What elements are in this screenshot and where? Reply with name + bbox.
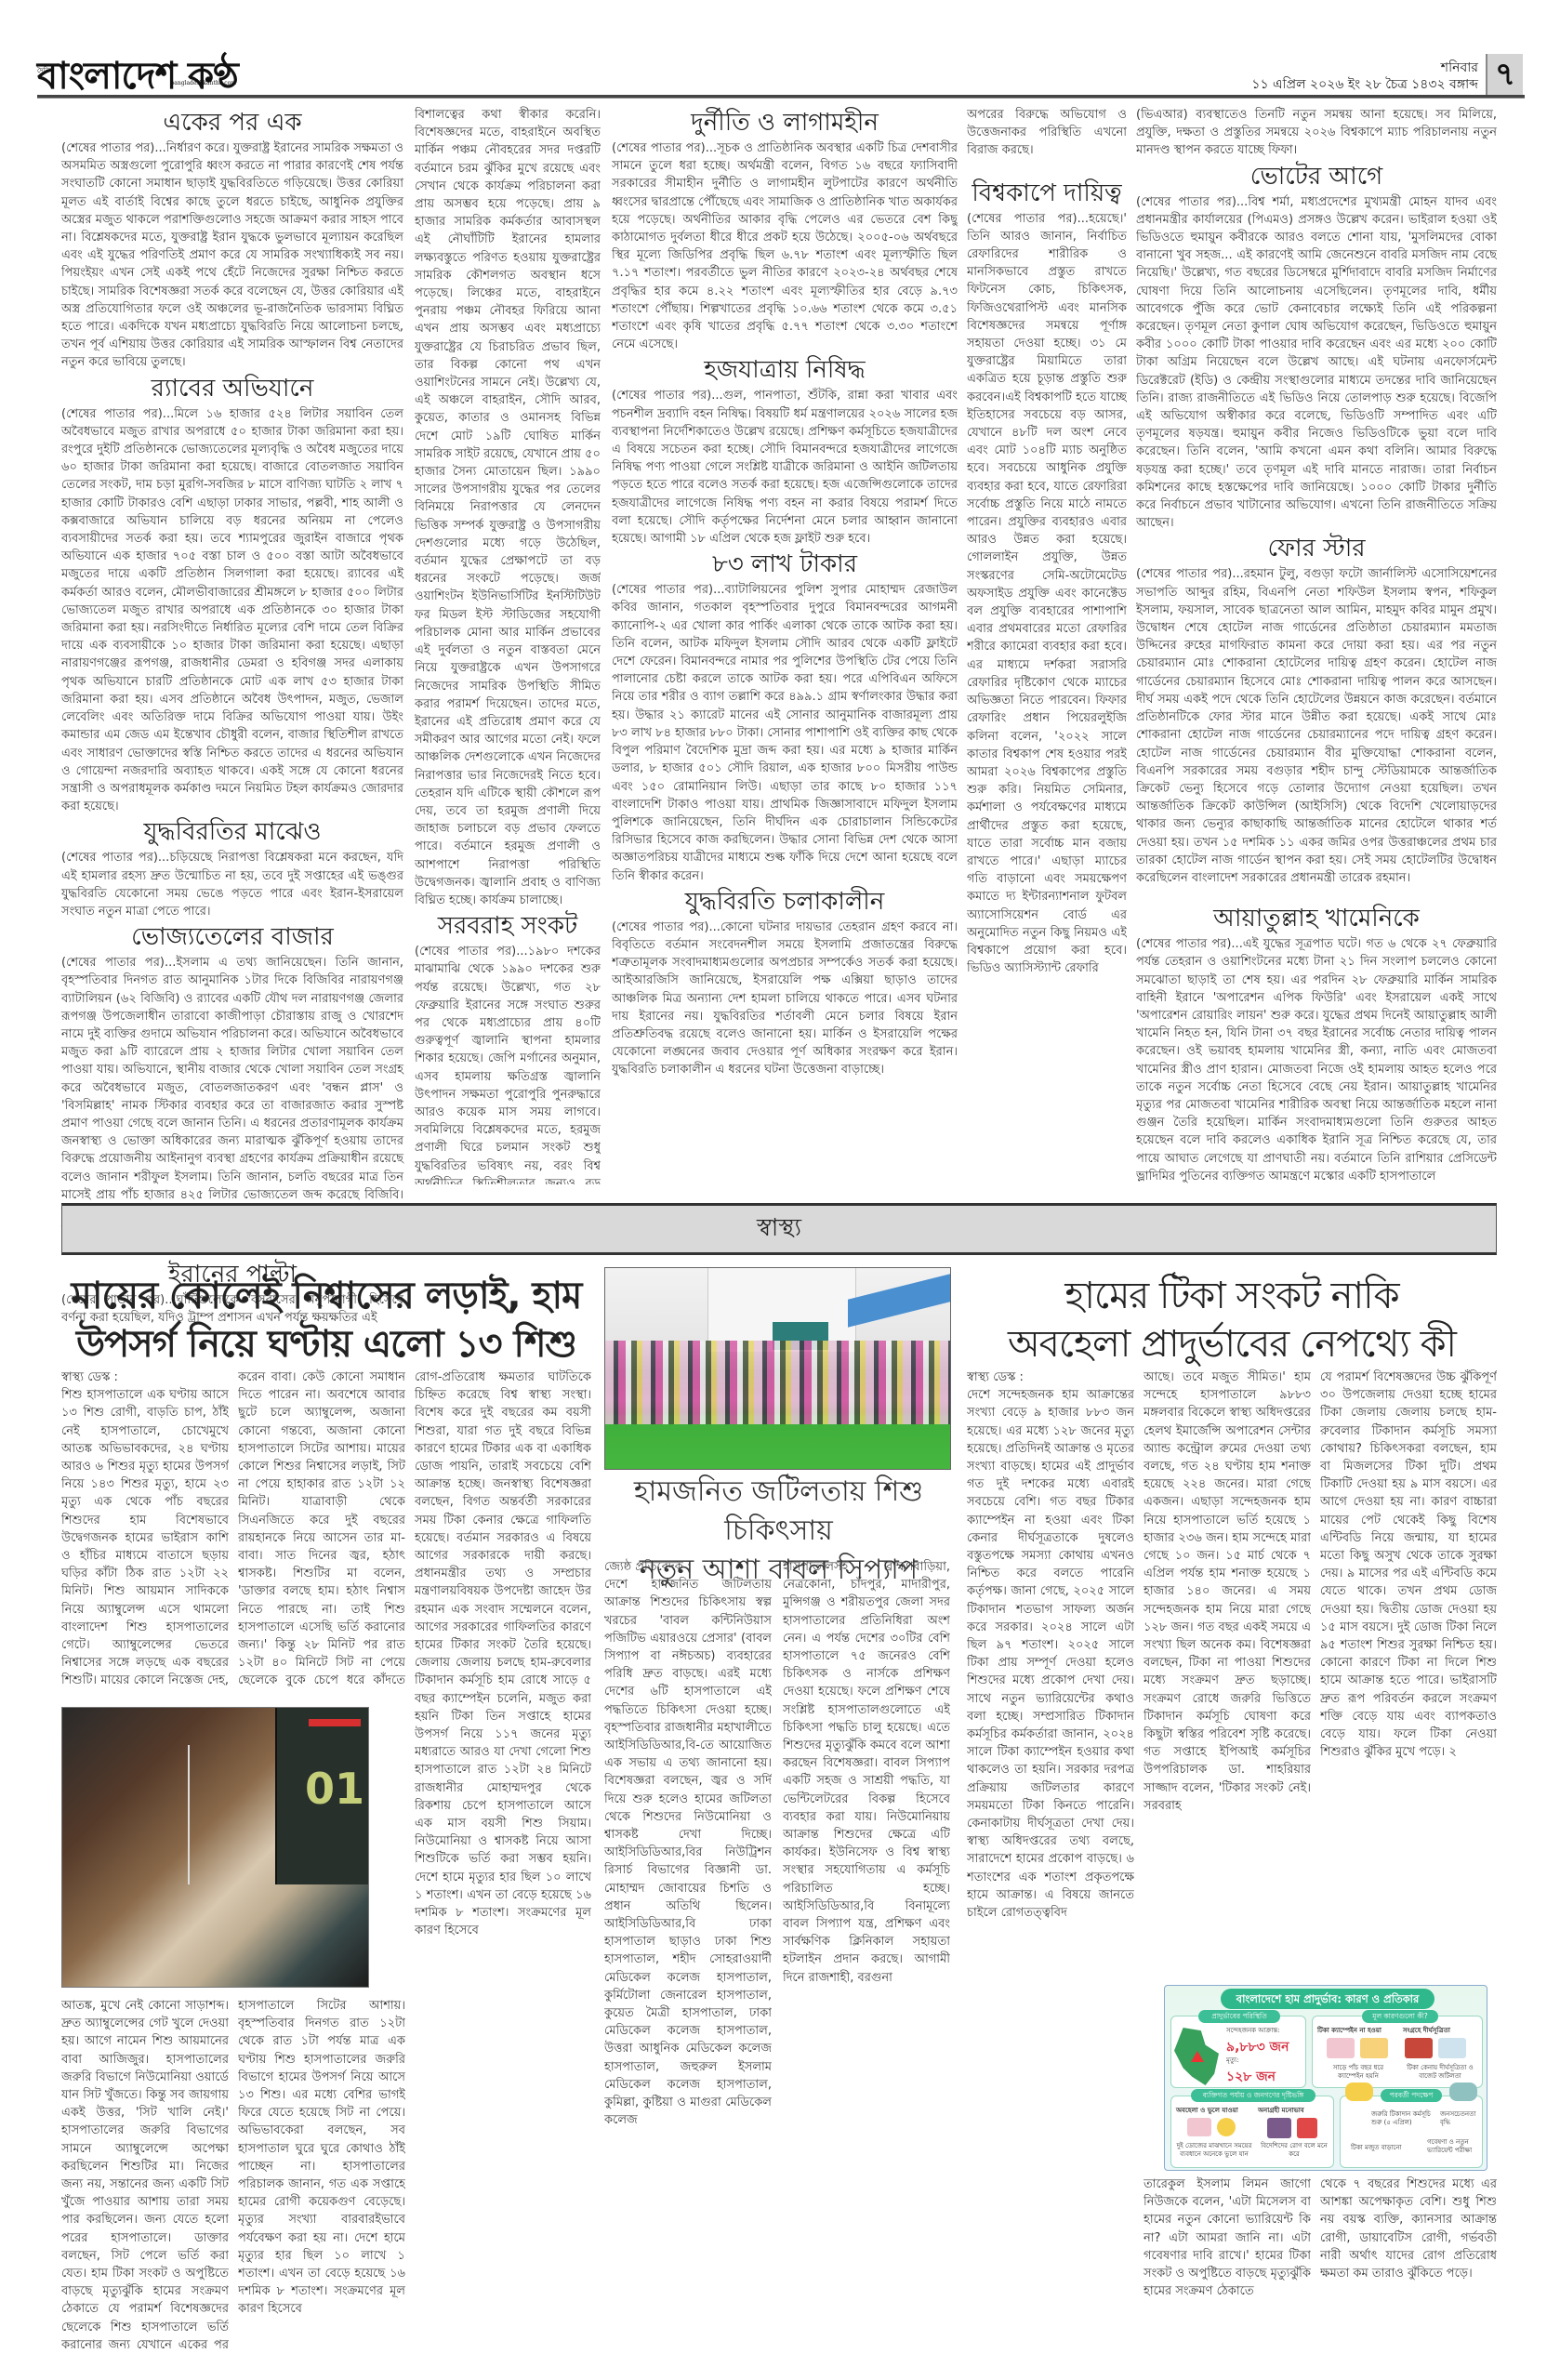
personal-label: ব্যক্তিগত পর্যায় ও জনগণের দৃষ্টিভঙ্গি <box>1191 2089 1315 2102</box>
next-steps-label: পরবর্তী পদক্ষেপ <box>1381 2089 1442 2102</box>
headline-bishwakap[interactable]: বিশ্বকাপে দায়িত্ব <box>967 178 1127 208</box>
story3-col1: স্বাস্থ্য ডেস্ক : দেশে সন্দেহজনক হাম আক্… <box>967 1368 1134 2354</box>
group-photo[interactable] <box>604 1267 951 1470</box>
logo-tag-daily: দৈনিক <box>37 50 54 91</box>
article-rab: (শেষের পাতার পর)...মিলে ১৬ হাজার ৫২৪ লিট… <box>61 405 403 816</box>
story1-text-3: রোগ-প্রতিরোধ ক্ষমতার ঘাটতিকে চিহ্নিত করে… <box>415 1368 591 1940</box>
story1-col4: আতঙ্ক, মুখে নেই কোনো সাড়াশব্দ। দ্রুত অ্… <box>61 1997 229 2350</box>
headline-voter-age[interactable]: ভোটের আগে <box>1136 162 1497 192</box>
story1-text-1: শিশু হাসপাতালে এক ঘণ্টায় আসে ১৩ শিশু রো… <box>61 1386 229 1688</box>
newspaper-logo[interactable]: দৈনিক বাংলাদেশ কণ্ঠ bangladeshkantha.com <box>37 56 238 97</box>
measles-infographic[interactable]: বাংলাদেশে হাম প্রাদুর্ভাব: কারণ ও প্রতিক… <box>1164 1985 1487 2171</box>
story2-col1: জ্যেষ্ঠ প্রতিবেদক : দেশে হামজনিত জটিলতায… <box>604 1558 772 2358</box>
infographic-title: বাংলাদেশে হাম প্রাদুর্ভাব: কারণ ও প্রতিক… <box>1221 1989 1434 2009</box>
story3-byline: স্বাস্থ্য ডেস্ক : <box>967 1368 1134 1386</box>
container-icon <box>1405 2038 1433 2058</box>
story3-col5: থেকে ৭ বছরের শিশুদের মধ্যে এর আশঙ্কা অপে… <box>1320 2175 1497 2352</box>
date-line: ১১ এপ্রিল ২০২৬ ইং ২৮ চৈত্র ১৪৩২ বঙ্গাব্দ <box>1251 76 1478 93</box>
story2-col2: হাসপাতালসহ ব্রাহ্মণবাড়িয়া, নেত্রকোনা, … <box>783 1558 950 2358</box>
awning <box>848 1274 950 1327</box>
article-continued-iran: বিশালত্বের কথা স্বীকার করেনি। বিশেষজ্ঞদে… <box>415 106 601 909</box>
column-3: দুর্নীতি ও লাগামহীন (শেষের পাতার পর)...স… <box>612 106 958 1184</box>
story3-headline-line2: অবহেলা প্রাদুর্ভাবের নেপথ্যে কী <box>967 1320 1497 1368</box>
article-sorbaraho: (শেষের পাতার পর)...১৯৮০ দশকের মাঝামাঝি থ… <box>415 943 601 1184</box>
story1-col2: করেন বাবা। কেউ কোনো সমাধান দিতে পারেন না… <box>238 1368 405 1688</box>
cause-b-title: সংগ্রহে দীর্ঘসূত্রিতা <box>1403 2027 1481 2035</box>
story3-headline-line1: হামের টিকা সংকট নাকি <box>967 1272 1497 1320</box>
headline-bhojyotel[interactable]: ভোজ্যতেলের বাজার <box>61 922 403 952</box>
date-box: শনিবার ১১ এপ্রিল ২০২৬ ইং ২৮ চৈত্র ১৪৩২ ব… <box>1251 54 1523 95</box>
death-label: মৃত্যু: <box>1226 2056 1239 2065</box>
story1-col5: হাসপাতালে সিটের আশায়। বৃহস্পতিবার দিনগত… <box>238 1997 405 2350</box>
headline-rab[interactable]: র‍্যাবের অভিযানে <box>61 374 403 403</box>
situation-label: প্রাদুর্ভাবের পরিস্থিতি <box>1198 2010 1280 2023</box>
article-bishwakap: (শেষের পাতার পর)...হয়েছে।' তিনি আরও জান… <box>967 210 1127 978</box>
article-four-star: (শেষের পাতার পর)...রহমান টুলু, বগুড়া ফট… <box>1136 565 1497 887</box>
doctors-icon <box>1449 2082 1477 2101</box>
iv-line <box>188 1745 190 1884</box>
headline-hajj[interactable]: হজযাত্রায় নিষিদ্ধ <box>612 355 958 385</box>
story2-byline: জ্যেষ্ঠ প্রতিবেদক : <box>604 1558 772 1576</box>
story1-text-4: আতঙ্ক, মুখে নেই কোনো সাড়াশব্দ। দ্রুত অ্… <box>61 1997 229 2350</box>
suspected-label: সন্দেহজনক আক্রান্ত: <box>1226 2027 1280 2035</box>
masthead-divider <box>37 95 1525 99</box>
thinking-face-icon <box>1217 2118 1236 2136</box>
headline-four-star[interactable]: ফোর স্টার <box>1136 534 1497 563</box>
article-var: (ভিএআর) ব্যবস্থাতেও তিনটি নতুন সমন্বয় আ… <box>1136 106 1497 160</box>
story3-col2: আছে। তবে মজুত সীমিত।' হাম সন্দেহে হাসপাত… <box>1144 1368 1311 1982</box>
headline-durniti[interactable]: দুর্নীতি ও লাগামহীন <box>612 108 958 138</box>
ambulance-door: 01 <box>275 1708 368 1884</box>
story3-text-5: থেকে ৭ বছরের শিশুদের মধ্যে এর আশঙ্কা অপে… <box>1320 2175 1497 2282</box>
calendar-hand-icon <box>1187 2118 1211 2136</box>
article-durniti: (শেষের পাতার পর)...সূচক ও প্রাতিষ্ঠানিক … <box>612 139 958 353</box>
story1-text-5: হাসপাতালে সিটের আশায়। বৃহস্পতিবার দিনগত… <box>238 1997 405 2319</box>
death-value: ১২৮ জন <box>1226 2066 1276 2088</box>
article-gold: (শেষের পাতার পর)...ব্যাটালিয়নের পুলিশ স… <box>612 581 958 884</box>
ambulance-photo[interactable]: 01 <box>61 1707 369 1988</box>
personal-b-title: অনাগ্রহী মনোভাব <box>1258 2107 1330 2115</box>
page-number: ৭ <box>1486 54 1523 95</box>
headline-sorbaraho[interactable]: সরবরাহ সংকট <box>415 911 601 941</box>
column-4: অপরের বিরুদ্ধে অভিযোগ ও উত্তেজনাকর পরিস্… <box>967 106 1127 1184</box>
story3-text-3: যে পরামর্শ বিশেষজ্ঞদের উচ্চ ঝুঁকিপূর্ণ ৩… <box>1320 1368 1497 1761</box>
story3-text-1: দেশে সন্দেহজনক হাম আক্রান্তের সংখ্যা বেড… <box>967 1386 1134 1922</box>
section-header-health: স্বাস্থ্য <box>61 1203 1497 1255</box>
next-step-4: গবেষণা ও নতুন ভ্যারিয়েন্ট পরীক্ষা <box>1427 2138 1481 2155</box>
story1-col3: রোগ-প্রতিরোধ ক্ষমতার ঘাটতিকে চিহ্নিত করে… <box>415 1368 591 2354</box>
personal-a-desc: দুই ডোজের মাঝখানে সময়ের ব্যবধানে অনেকে … <box>1174 2142 1254 2159</box>
story1-headline[interactable]: মায়ের কোলেই নিশ্বাসের লড়াই, হাম উপসর্গ… <box>61 1272 591 1368</box>
story3-headline[interactable]: হামের টিকা সংকট নাকি অবহেলা প্রাদুর্ভাবে… <box>967 1272 1497 1368</box>
article-tail: অপরের বিরুদ্ধে অভিযোগ ও উত্তেজনাকর পরিস্… <box>967 106 1127 160</box>
headline-khamenei[interactable]: আয়াতুল্লাহ খামেনিকে <box>1136 904 1497 933</box>
article-voter-age: (শেষের পাতার পর)...বিশ্ব শর্মা, মধ্যপ্রদ… <box>1136 193 1497 533</box>
children-icon <box>1360 2038 1388 2058</box>
story3-text-2: আছে। তবে মজুত সীমিত।' হাম সন্দেহে হাসপাত… <box>1144 1368 1311 1815</box>
story3-col4: তারেকুল ইসলাম লিমন জাগো নিউজকে বলেন, 'এট… <box>1144 2175 1311 2352</box>
story3-text-4: তারেকুল ইসলাম লিমন জাগো নিউজকে বলেন, 'এট… <box>1144 2175 1311 2300</box>
cause-a-desc: সাড়ে পাঁচ বছর ধরে ক্যাম্পেইন হয়নি <box>1321 2064 1395 2081</box>
next-step-2: জনসচেতনতা বৃদ্ধি <box>1440 2110 1481 2127</box>
cause-b-desc: টিকা কেনায় দীর্ঘসূত্রিতা ও বাজেট জটিলতা <box>1403 2064 1477 2081</box>
column-5: (ভিএআর) ব্যবস্থাতেও তিনটি নতুন সমন্বয় আ… <box>1136 106 1497 1184</box>
story1-headline-line1: মায়ের কোলেই নিশ্বাসের লড়াই, হাম <box>61 1272 591 1320</box>
headline-juddhobiroti-cholakalin[interactable]: যুদ্ধবিরতি চলাকালীন <box>612 887 958 917</box>
column-2: বিশালত্বের কথা স্বীকার করেনি। বিশেষজ্ঞদে… <box>415 106 601 1184</box>
headline-ekerporek[interactable]: একের পর এক <box>61 108 403 138</box>
story1-byline: স্বাস্থ্য ডেস্ক : <box>61 1368 229 1386</box>
story1-text-2: করেন বাবা। কেউ কোনো সমাধান দিতে পারেন না… <box>238 1368 405 1688</box>
story1-col1: স্বাস্থ্য ডেস্ক : শিশু হাসপাতালে এক ঘণ্ট… <box>61 1368 229 1688</box>
column-1: একের পর এক (শেষের পাতার পর)...নির্ধারণ ক… <box>61 106 403 1327</box>
story2-headline-line1: হামজনিত জটিলতায় শিশু চিকিৎসায় <box>604 1473 953 1551</box>
story1-headline-line2: উপসর্গ নিয়ে ঘণ্টায় এলো ১৩ শিশু <box>61 1320 591 1368</box>
personal-a-title: অবহেলা ও ভুলে যাওয়া <box>1176 2107 1252 2115</box>
watermark-tag <box>309 1719 361 1726</box>
article-juddhobirotir-majheo: (শেষের পাতার পর)...চড়িয়েছে নিরাপত্তা ব… <box>61 849 403 920</box>
causes-label: মূল কারণগুলো কী? <box>1362 2010 1438 2023</box>
next-steps-box <box>1340 2096 1483 2168</box>
headline-gold[interactable]: ৮৩ লাখ টাকার <box>612 549 958 579</box>
section-title: স্বাস্থ্য <box>757 1209 801 1249</box>
personal-b-desc: বিদেশিদের রোগ বলে মনে করে <box>1258 2142 1330 2159</box>
story2-text-1: দেশে হামজনিত জটিলতায় আক্রান্ত শিশুদের চ… <box>604 1576 772 2129</box>
suspected-value: ৯,৮৮৩ জন <box>1226 2036 1289 2058</box>
kids-icon <box>1345 2082 1373 2101</box>
article-juddhobiroti-cholakalin: (শেষের পাতার পর)...কোনো ঘটনার দায়ভার তে… <box>612 919 958 1079</box>
article-khamenei: (শেষের পাতার পর)...এই যুদ্ধের সূত্রপাত ঘ… <box>1136 935 1497 1184</box>
documents-icon <box>1438 2038 1466 2058</box>
story3-col3: যে পরামর্শ বিশেষজ্ঞদের উচ্চ ঝুঁকিপূর্ণ ৩… <box>1320 1368 1497 1982</box>
story2-text-2: হাসপাতালসহ ব্রাহ্মণবাড়িয়া, নেত্রকোনা, … <box>783 1558 950 1987</box>
article-ekerporek: (শেষের পাতার পর)...নির্ধারণ করে। যুক্তরা… <box>61 139 403 372</box>
shield-icon <box>1297 2118 1317 2138</box>
crowd-icon <box>1267 2118 1291 2138</box>
next-step-1: জরুরি টিকাদান কর্মসূচি শুরু (৫ এপ্রিল) <box>1371 2110 1436 2127</box>
next-step-3: টিকা মজুত বাড়ানো <box>1351 2144 1425 2152</box>
article-hajj: (শেষের পাতার পর)...গুল, পানপাতা, শুঁটকি,… <box>612 387 958 548</box>
weekday: শনিবার <box>1251 59 1478 76</box>
people-group <box>605 1341 950 1424</box>
cause-a-title: টিকা ক্যাম্পেইন না হওয়া <box>1317 2027 1395 2035</box>
headline-juddhobirotir-majheo[interactable]: যুদ্ধবিরতির মাঝেও <box>61 817 403 847</box>
calendar-icon <box>1327 2038 1355 2058</box>
